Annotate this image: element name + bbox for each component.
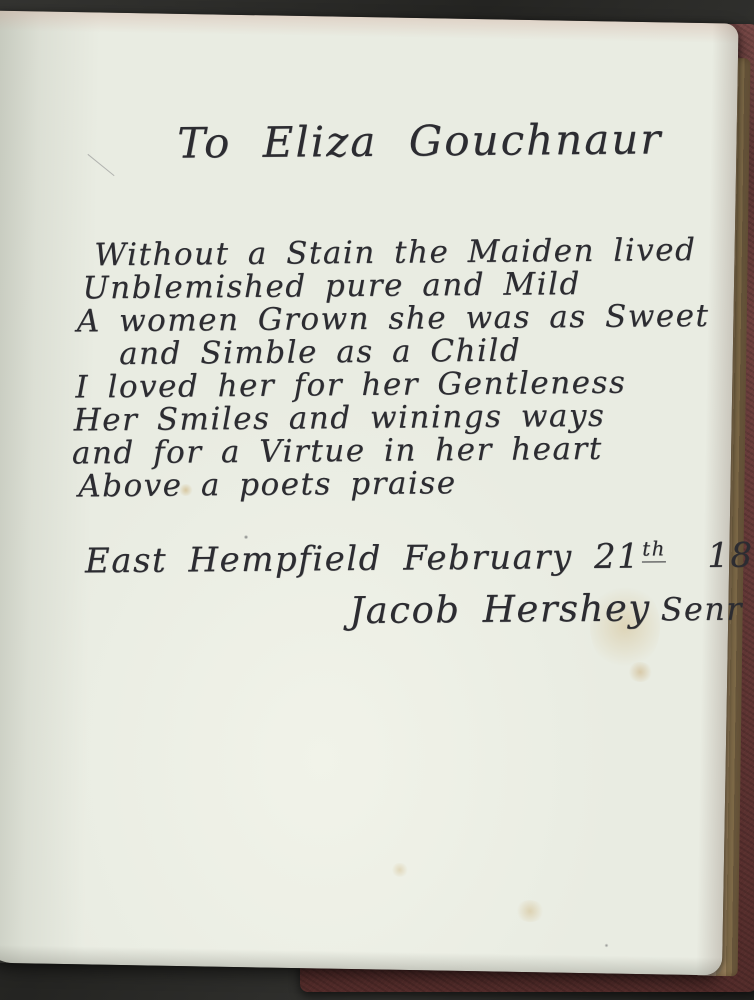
year-text: 1853: [707, 535, 754, 576]
poem: Without a Stain the Maiden lived Unblemi…: [88, 234, 711, 503]
dateline: East Hempfield February 21th 1853: [85, 535, 754, 581]
album-page: To Eliza Gouchnaur Without a Stain the M…: [0, 11, 739, 976]
handwriting-layer: To Eliza Gouchnaur Without a Stain the M…: [0, 14, 734, 972]
signature-name: Jacob Hershey: [349, 586, 651, 632]
poem-line: I loved her for her Gentleness: [75, 366, 710, 405]
signature-line: Jacob HersheySenr: [349, 586, 743, 632]
book-photo: To Eliza Gouchnaur Without a Stain the M…: [0, 0, 754, 1000]
signature-suffix: Senr: [661, 590, 744, 629]
poem-line: Without a Stain the Maiden lived: [94, 234, 709, 272]
dedication-title: To Eliza Gouchnaur: [177, 114, 663, 167]
poem-line: Above a poets praise: [78, 465, 711, 504]
poem-line: A women Grown she was as Sweet: [77, 300, 710, 339]
date-text: February 21: [403, 537, 640, 579]
date-ordinal: th: [642, 537, 666, 562]
place-text: East Hempfield: [85, 539, 382, 582]
poem-line: Her Smiles and winings ways: [74, 399, 711, 438]
